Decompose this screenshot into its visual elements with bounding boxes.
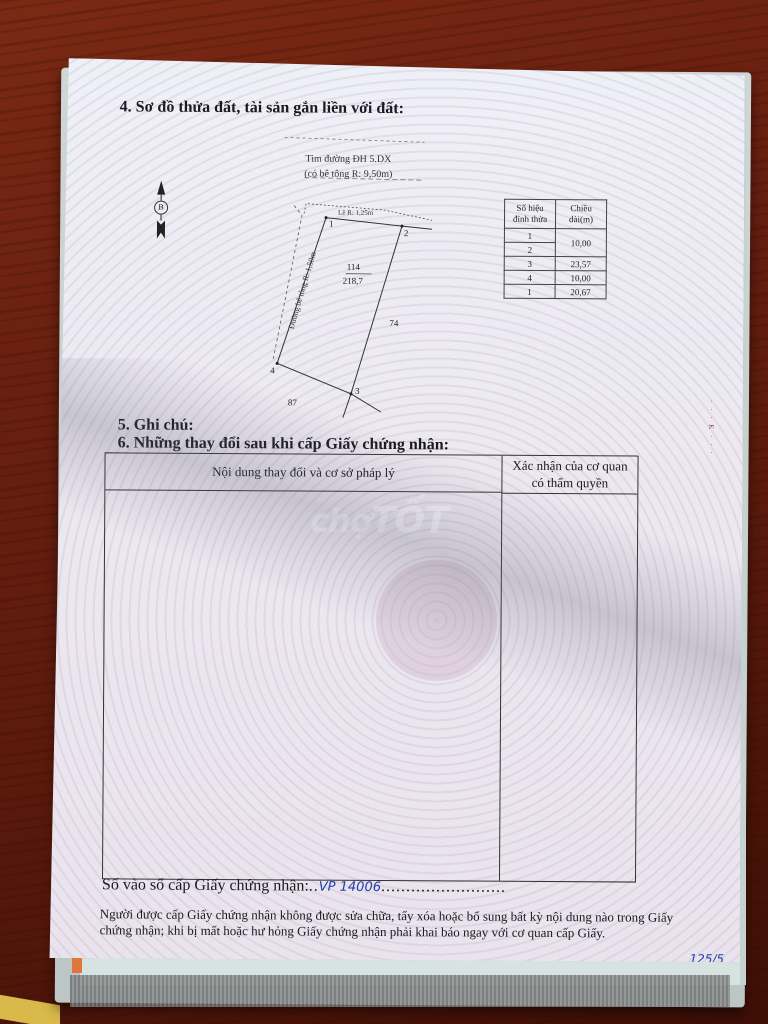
length-header: Chiều dài(m) <box>555 200 606 229</box>
road-centerline <box>284 129 434 190</box>
north-label: B <box>154 201 168 215</box>
sidewalk-label: Lề R: 1,25m <box>338 209 374 217</box>
vertex-header: Số hiệu đỉnh thửa <box>504 199 555 228</box>
sleeve-edge <box>70 975 730 1007</box>
parcel-number: 114 <box>347 262 361 272</box>
authority-header-line2: có thẩm quyền <box>502 474 637 492</box>
length-cell: 10,00 <box>555 229 606 257</box>
parcel-diagram: 1 2 3 4 Lề R: 1,25m 114 218,7 74 87 86 Đ… <box>253 199 514 421</box>
length-cell: 23,57 <box>555 257 606 271</box>
section-5-title: 5. Ghi chú: <box>118 416 194 434</box>
certificate-number-label: Số vào sổ cấp Giấy chứng nhận: <box>102 876 309 894</box>
length-cell: 10,00 <box>555 271 606 285</box>
watermark-logo: chợTỐT <box>310 500 448 542</box>
vertex-cell: 3 <box>504 256 555 270</box>
watermark-right: TỐT <box>371 500 448 541</box>
section-6-title: 6. Những thay đổi sau khi cấp Giấy chứng… <box>118 434 449 454</box>
vertex-cell: 1 <box>504 284 555 298</box>
neighbor-74: 74 <box>389 318 399 328</box>
vertex-2: 2 <box>404 228 409 238</box>
section-4-title: 4. Sơ đồ thửa đất, tài sản gắn liền với … <box>120 98 404 118</box>
vertex-cell: 4 <box>504 270 555 284</box>
changes-authority-header: Xác nhận của cơ quan có thẩm quyền <box>502 456 637 495</box>
vertex-3: 3 <box>355 386 360 396</box>
neighbor-86: 86 <box>357 418 367 421</box>
certificate-number-value: VP 14006 <box>319 880 381 895</box>
notice-text: Người được cấp Giấy chứng nhận không đượ… <box>100 906 690 942</box>
length-cell: 20,67 <box>555 285 606 299</box>
certificate-page: 4. Sơ đồ thửa đất, tài sản gắn liền với … <box>50 58 745 962</box>
side-road-label: Đường bê tông R: 1,50m <box>287 250 318 330</box>
vertex-cell: 2 <box>504 242 555 256</box>
column-divider <box>499 492 502 881</box>
table-surface <box>0 995 60 1024</box>
under-sheet-side-text: · · · K · · · <box>705 400 715 510</box>
neighbor-87: 87 <box>288 397 298 407</box>
authority-header-line1: Xác nhận của cơ quan <box>502 457 637 475</box>
parcel-area: 218,7 <box>343 276 364 286</box>
vertex-4: 4 <box>270 365 275 375</box>
watermark-left: chợ <box>310 502 371 540</box>
north-arrow: B <box>154 181 168 241</box>
vertex-1: 1 <box>329 219 334 229</box>
certificate-number-line: Số vào sổ cấp Giấy chứng nhận:..VP 14006… <box>102 876 506 896</box>
edge-lengths-table: Số hiệu đỉnh thửa Chiều dài(m) 1 10,00 2… <box>504 199 608 300</box>
changes-content-header: Nội dung thay đổi và cơ sở pháp lý <box>105 453 502 492</box>
vertex-cell: 1 <box>504 228 555 242</box>
